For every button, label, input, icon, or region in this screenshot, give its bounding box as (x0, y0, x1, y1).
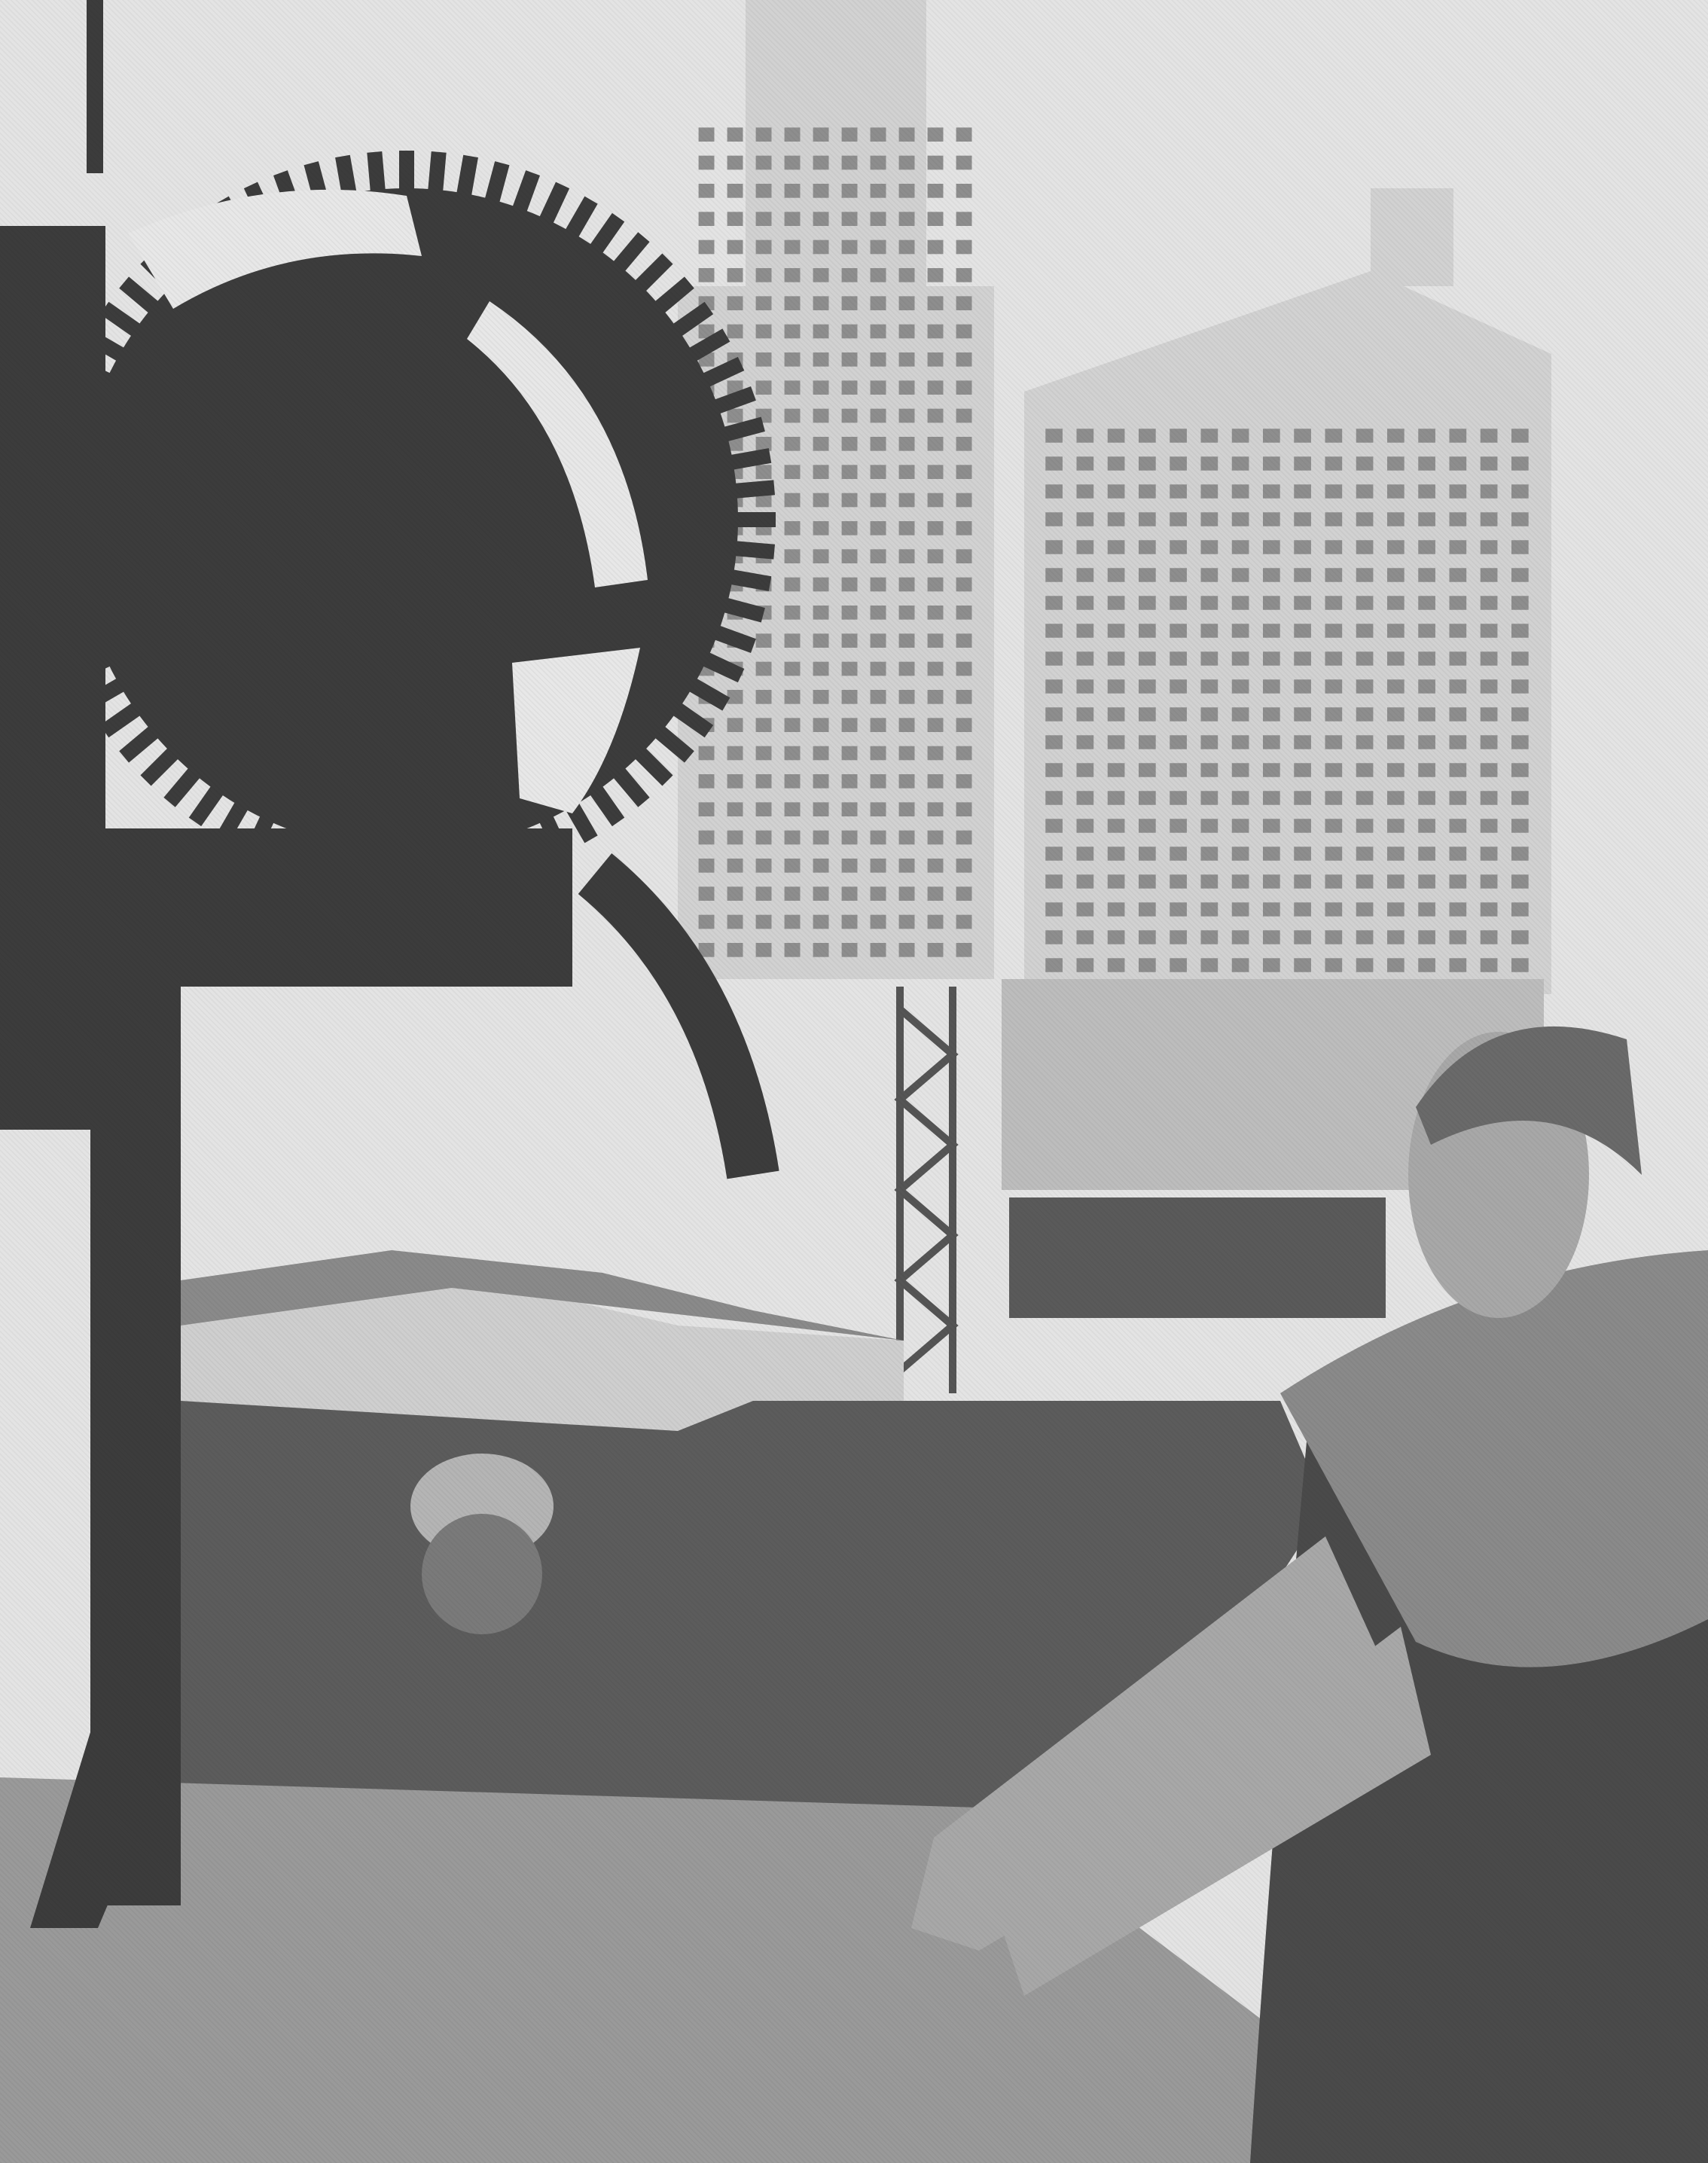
worker-helmet (410, 1454, 554, 1634)
dark-banner-wall (1009, 1197, 1386, 1318)
photo-scene (0, 0, 1708, 2163)
